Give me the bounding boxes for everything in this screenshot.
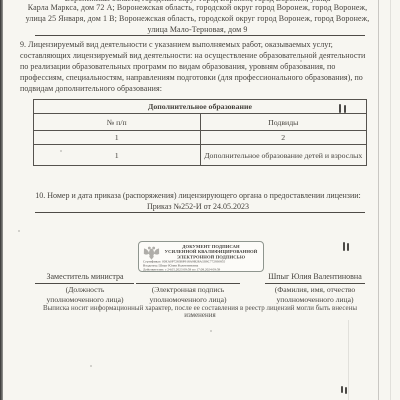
- table-title-row: Дополнительное образование: [34, 100, 367, 114]
- table-cell: 2: [200, 131, 367, 145]
- scan-noise: [210, 330, 212, 332]
- scan-artifact-line: [378, 0, 379, 400]
- section-9-paragraph: 9. Лицензируемый вид деятельности с указ…: [20, 39, 376, 94]
- section-9-line: профессиям, специальностям, направлениям…: [20, 72, 376, 83]
- table-header-row: № п/п Подвиды: [34, 114, 367, 131]
- scan-mark: [347, 243, 349, 251]
- caption-line: (Должность: [30, 285, 140, 295]
- digital-signature-stamp: ДОКУМЕНТ ПОДПИСАН УСИЛЕННОЙ КВАЛИФИЦИРОВ…: [138, 241, 264, 272]
- stamp-validity: Действителен: с 24.05.2023 09:59 по 17.0…: [143, 268, 262, 272]
- position-value: Заместитель министра: [35, 272, 135, 281]
- position-caption: (Должность уполномоченного лица): [30, 285, 140, 305]
- section-10-label: 10. Номер и дата приказа (распоряжения) …: [20, 190, 376, 201]
- footnote: Выписка носит информационный характер, п…: [28, 305, 372, 319]
- table-row: 1 Дополнительное образование детей и взр…: [34, 145, 367, 166]
- scan-artifact-line: [348, 320, 349, 400]
- scanned-license-document: Воронежская область, городской округ гор…: [0, 0, 400, 400]
- name-caption: (Фамилия, имя, отчество уполномоченного …: [260, 285, 370, 305]
- table-header-number: № п/п: [34, 114, 201, 131]
- section-9-line: составляющих лицензируемый вид деятельно…: [20, 50, 376, 61]
- table-cell: Дополнительное образование детей и взрос…: [200, 145, 367, 166]
- scan-mark: [341, 386, 343, 393]
- caption-line: уполномоченного лица): [130, 295, 246, 305]
- table-cell: 1: [34, 131, 201, 145]
- caption-line: уполномоченного лица): [30, 295, 140, 305]
- separator-line: [35, 212, 365, 213]
- signatory-name-value: Шпыг Юлия Валентиновна: [263, 272, 367, 281]
- address-line: улица 25 Января, дом 1 В; Воронежская об…: [20, 13, 375, 24]
- caption-line: уполномоченного лица): [260, 295, 370, 305]
- caption-line: (Фамилия, имя, отчество: [260, 285, 370, 295]
- signature-line: [35, 283, 134, 284]
- address-line: улица Мало-Терновая, дом 9: [20, 24, 375, 35]
- electronic-signature-caption: (Электронная подпись уполномоченного лиц…: [130, 285, 246, 305]
- table-header-subtypes: Подвиды: [200, 114, 367, 131]
- coat-of-arms-icon: [143, 245, 160, 260]
- scan-mark: [345, 387, 347, 394]
- section-9-line: 9. Лицензируемый вид деятельности с указ…: [20, 39, 376, 50]
- table-title: Дополнительное образование: [34, 100, 367, 114]
- address-line: Карла Маркса, дом 72 А; Воронежская обла…: [20, 2, 375, 13]
- order-number-value: Приказ №252-И от 24.05.2023: [20, 202, 376, 211]
- separator-line: [35, 35, 365, 36]
- address-block: Карла Маркса, дом 72 А; Воронежская обла…: [20, 2, 375, 35]
- signature-line: [265, 283, 365, 284]
- scan-artifact-line: [390, 0, 391, 400]
- table-cell: 1: [34, 145, 201, 166]
- signature-line: [136, 283, 240, 284]
- scan-noise: [18, 230, 20, 232]
- scan-mark: [343, 242, 345, 251]
- stamp-heading: ДОКУМЕНТ ПОДПИСАН УСИЛЕННОЙ КВАЛИФИЦИРОВ…: [161, 244, 261, 260]
- stamp-heading-line: ЭЛЕКТРОННОЙ ПОДПИСЬЮ: [161, 254, 261, 259]
- section-9-line: по реализации образовательных программ п…: [20, 61, 376, 72]
- scan-noise: [90, 365, 92, 367]
- table-numbering-row: 1 2: [34, 131, 367, 145]
- stamp-details: Сертификат: 00ЕА0Р7283ВР918А9В28А33ВС772…: [143, 260, 262, 272]
- scan-edge: [0, 0, 3, 400]
- additional-education-table: Дополнительное образование № п/п Подвиды…: [33, 99, 367, 166]
- section-9-line: подвидам дополнительного образования:: [20, 83, 376, 94]
- caption-line: (Электронная подпись: [130, 285, 246, 295]
